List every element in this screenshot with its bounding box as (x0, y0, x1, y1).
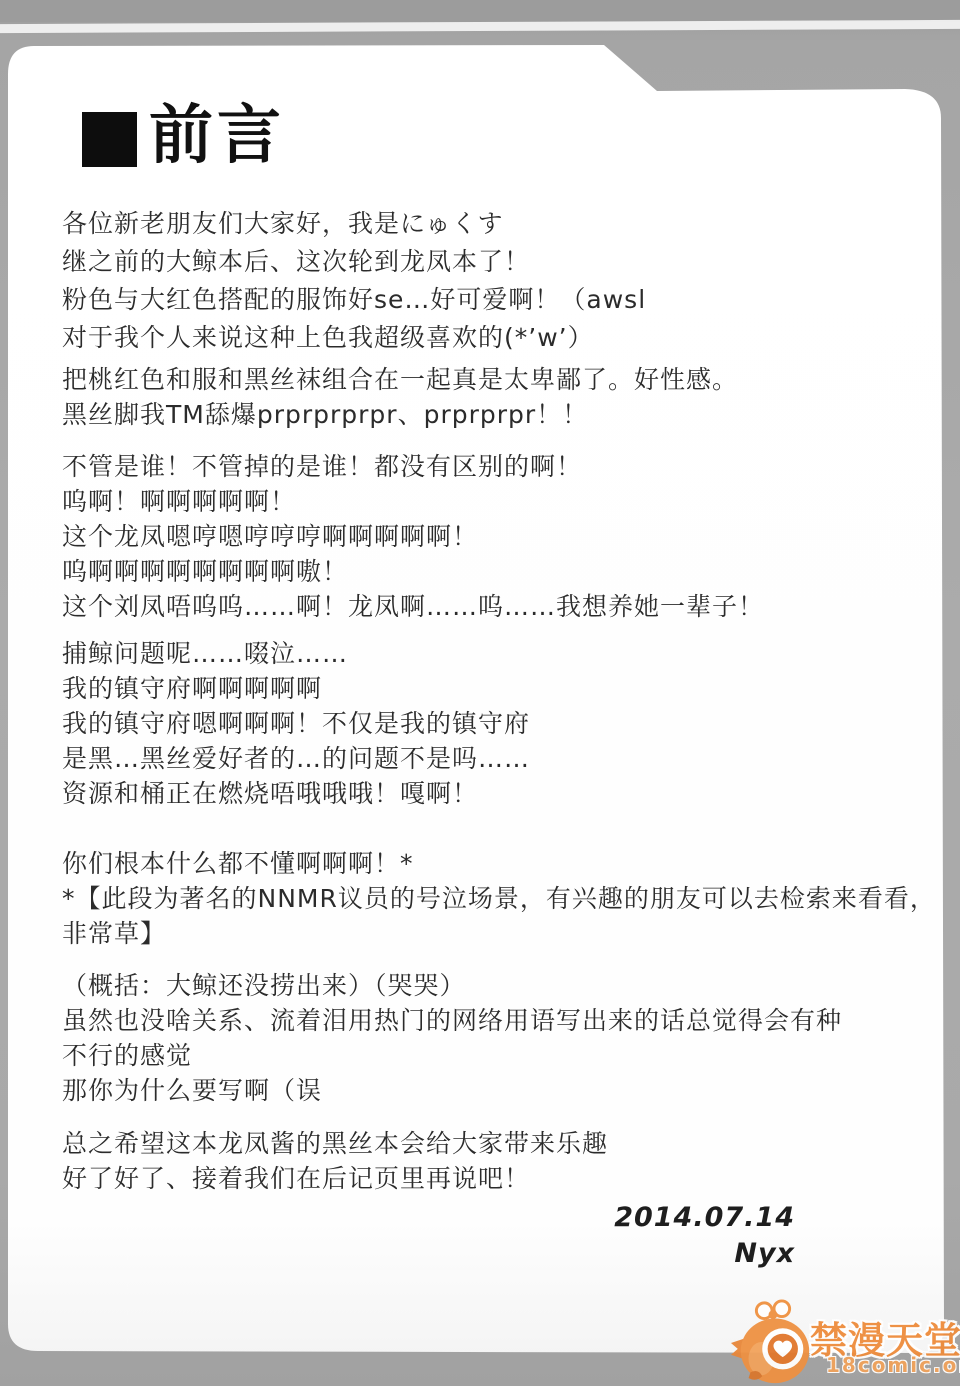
text-line: 不管是谁！不管掉的是谁！都没有区别的啊！ (62, 449, 932, 484)
text-line: 我的镇守府嗯啊啊啊！不仅是我的镇守府 (62, 706, 932, 741)
text-line: 我的镇守府啊啊啊啊啊 (62, 671, 932, 706)
text-line: 呜啊啊啊啊啊啊啊啊嗷！ (62, 554, 932, 589)
text-line: 各位新老朋友们大家好，我是にゅくす (62, 205, 932, 243)
title-square-icon (82, 112, 137, 167)
paragraph-block: 捕鲸问题呢……啜泣…… 我的镇守府啊啊啊啊啊 我的镇守府嗯啊啊啊！不仅是我的镇守… (62, 636, 932, 811)
paragraph-block: 各位新老朋友们大家好，我是にゅくす 继之前的大鲸本后、这次轮到龙凤本了！ 粉色与… (62, 205, 932, 357)
watermark-mascot-icon (728, 1298, 818, 1386)
paper-page: 前言 各位新老朋友们大家好，我是にゅくす 继之前的大鲸本后、这次轮到龙凤本了！ … (0, 0, 960, 1386)
text-line: 对于我个人来说这种上色我超级喜欢的(*’w’） (62, 319, 932, 357)
text-line: 资源和桶正在燃烧唔哦哦哦！嘎啊！ (62, 776, 932, 811)
date-text: 2014.07.14 (62, 1202, 795, 1233)
text-line: 继之前的大鲸本后、这次轮到龙凤本了！ (62, 243, 932, 281)
text-line: 是黑…黑丝爱好者的…的问题不是吗…… (62, 741, 932, 776)
text-line: 虽然也没啥关系、流着泪用热门的网络用语写出来的话总觉得会有种 (62, 1003, 932, 1038)
paragraph-block: 总之希望这本龙凤酱的黑丝本会给大家带来乐趣 好了好了、接着我们在后记页里再说吧！ (62, 1126, 932, 1196)
text-line: 那你为什么要写啊（误 (62, 1073, 932, 1108)
text-line: 把桃红色和服和黑丝袜组合在一起真是太卑鄙了。好性感。 (62, 362, 932, 397)
scanned-document-page: 前言 各位新老朋友们大家好，我是にゅくす 继之前的大鲸本后、这次轮到龙凤本了！ … (0, 0, 960, 1386)
text-line: 非常草】 (62, 916, 932, 951)
text-line: 粉色与大红色搭配的服饰好se…好可爱啊！（awsl (62, 281, 932, 319)
paragraph-block: 把桃红色和服和黑丝袜组合在一起真是太卑鄙了。好性感。 黑丝脚我TM舔爆prprp… (62, 362, 932, 432)
paragraph-block: 你们根本什么都不懂啊啊啊！* *【此段为著名的NNMR议员的号泣场景，有兴趣的朋… (62, 846, 932, 951)
text-line: 不行的感觉 (62, 1038, 932, 1073)
author-signature: Nyx (62, 1238, 795, 1269)
text-line: 这个刘凤唔呜呜……啊！龙凤啊……呜……我想养她一辈子！ (62, 589, 932, 624)
text-line: 总之希望这本龙凤酱的黑丝本会给大家带来乐趣 (62, 1126, 932, 1161)
text-line: 好了好了、接着我们在后记页里再说吧！ (62, 1161, 932, 1196)
text-line: 你们根本什么都不懂啊啊啊！* (62, 846, 932, 881)
text-line: *【此段为著名的NNMR议员的号泣场景，有兴趣的朋友可以去检索来看看， (62, 881, 932, 916)
text-line: 这个龙凤嗯哼嗯哼哼哼啊啊啊啊啊！ (62, 519, 932, 554)
watermark: 禁漫天堂 18comic.org (728, 1298, 960, 1386)
text-line: 捕鲸问题呢……啜泣…… (62, 636, 932, 671)
paragraph-block: 不管是谁！不管掉的是谁！都没有区别的啊！ 呜啊！啊啊啊啊啊！ 这个龙凤嗯哼嗯哼哼… (62, 449, 932, 624)
watermark-site-url: 18comic.org (826, 1353, 960, 1377)
text-line: 呜啊！啊啊啊啊啊！ (62, 484, 932, 519)
page-title: 前言 (82, 104, 285, 168)
text-line: 黑丝脚我TM舔爆prprprprpr、prprprpr！！ (62, 397, 932, 432)
paragraph-block: （概括：大鲸还没捞出来）（哭哭） 虽然也没啥关系、流着泪用热门的网络用语写出来的… (62, 968, 932, 1108)
page-title-text: 前言 (149, 104, 285, 168)
scanner-background-band (0, 0, 960, 22)
text-line: （概括：大鲸还没捞出来）（哭哭） (62, 968, 932, 1003)
